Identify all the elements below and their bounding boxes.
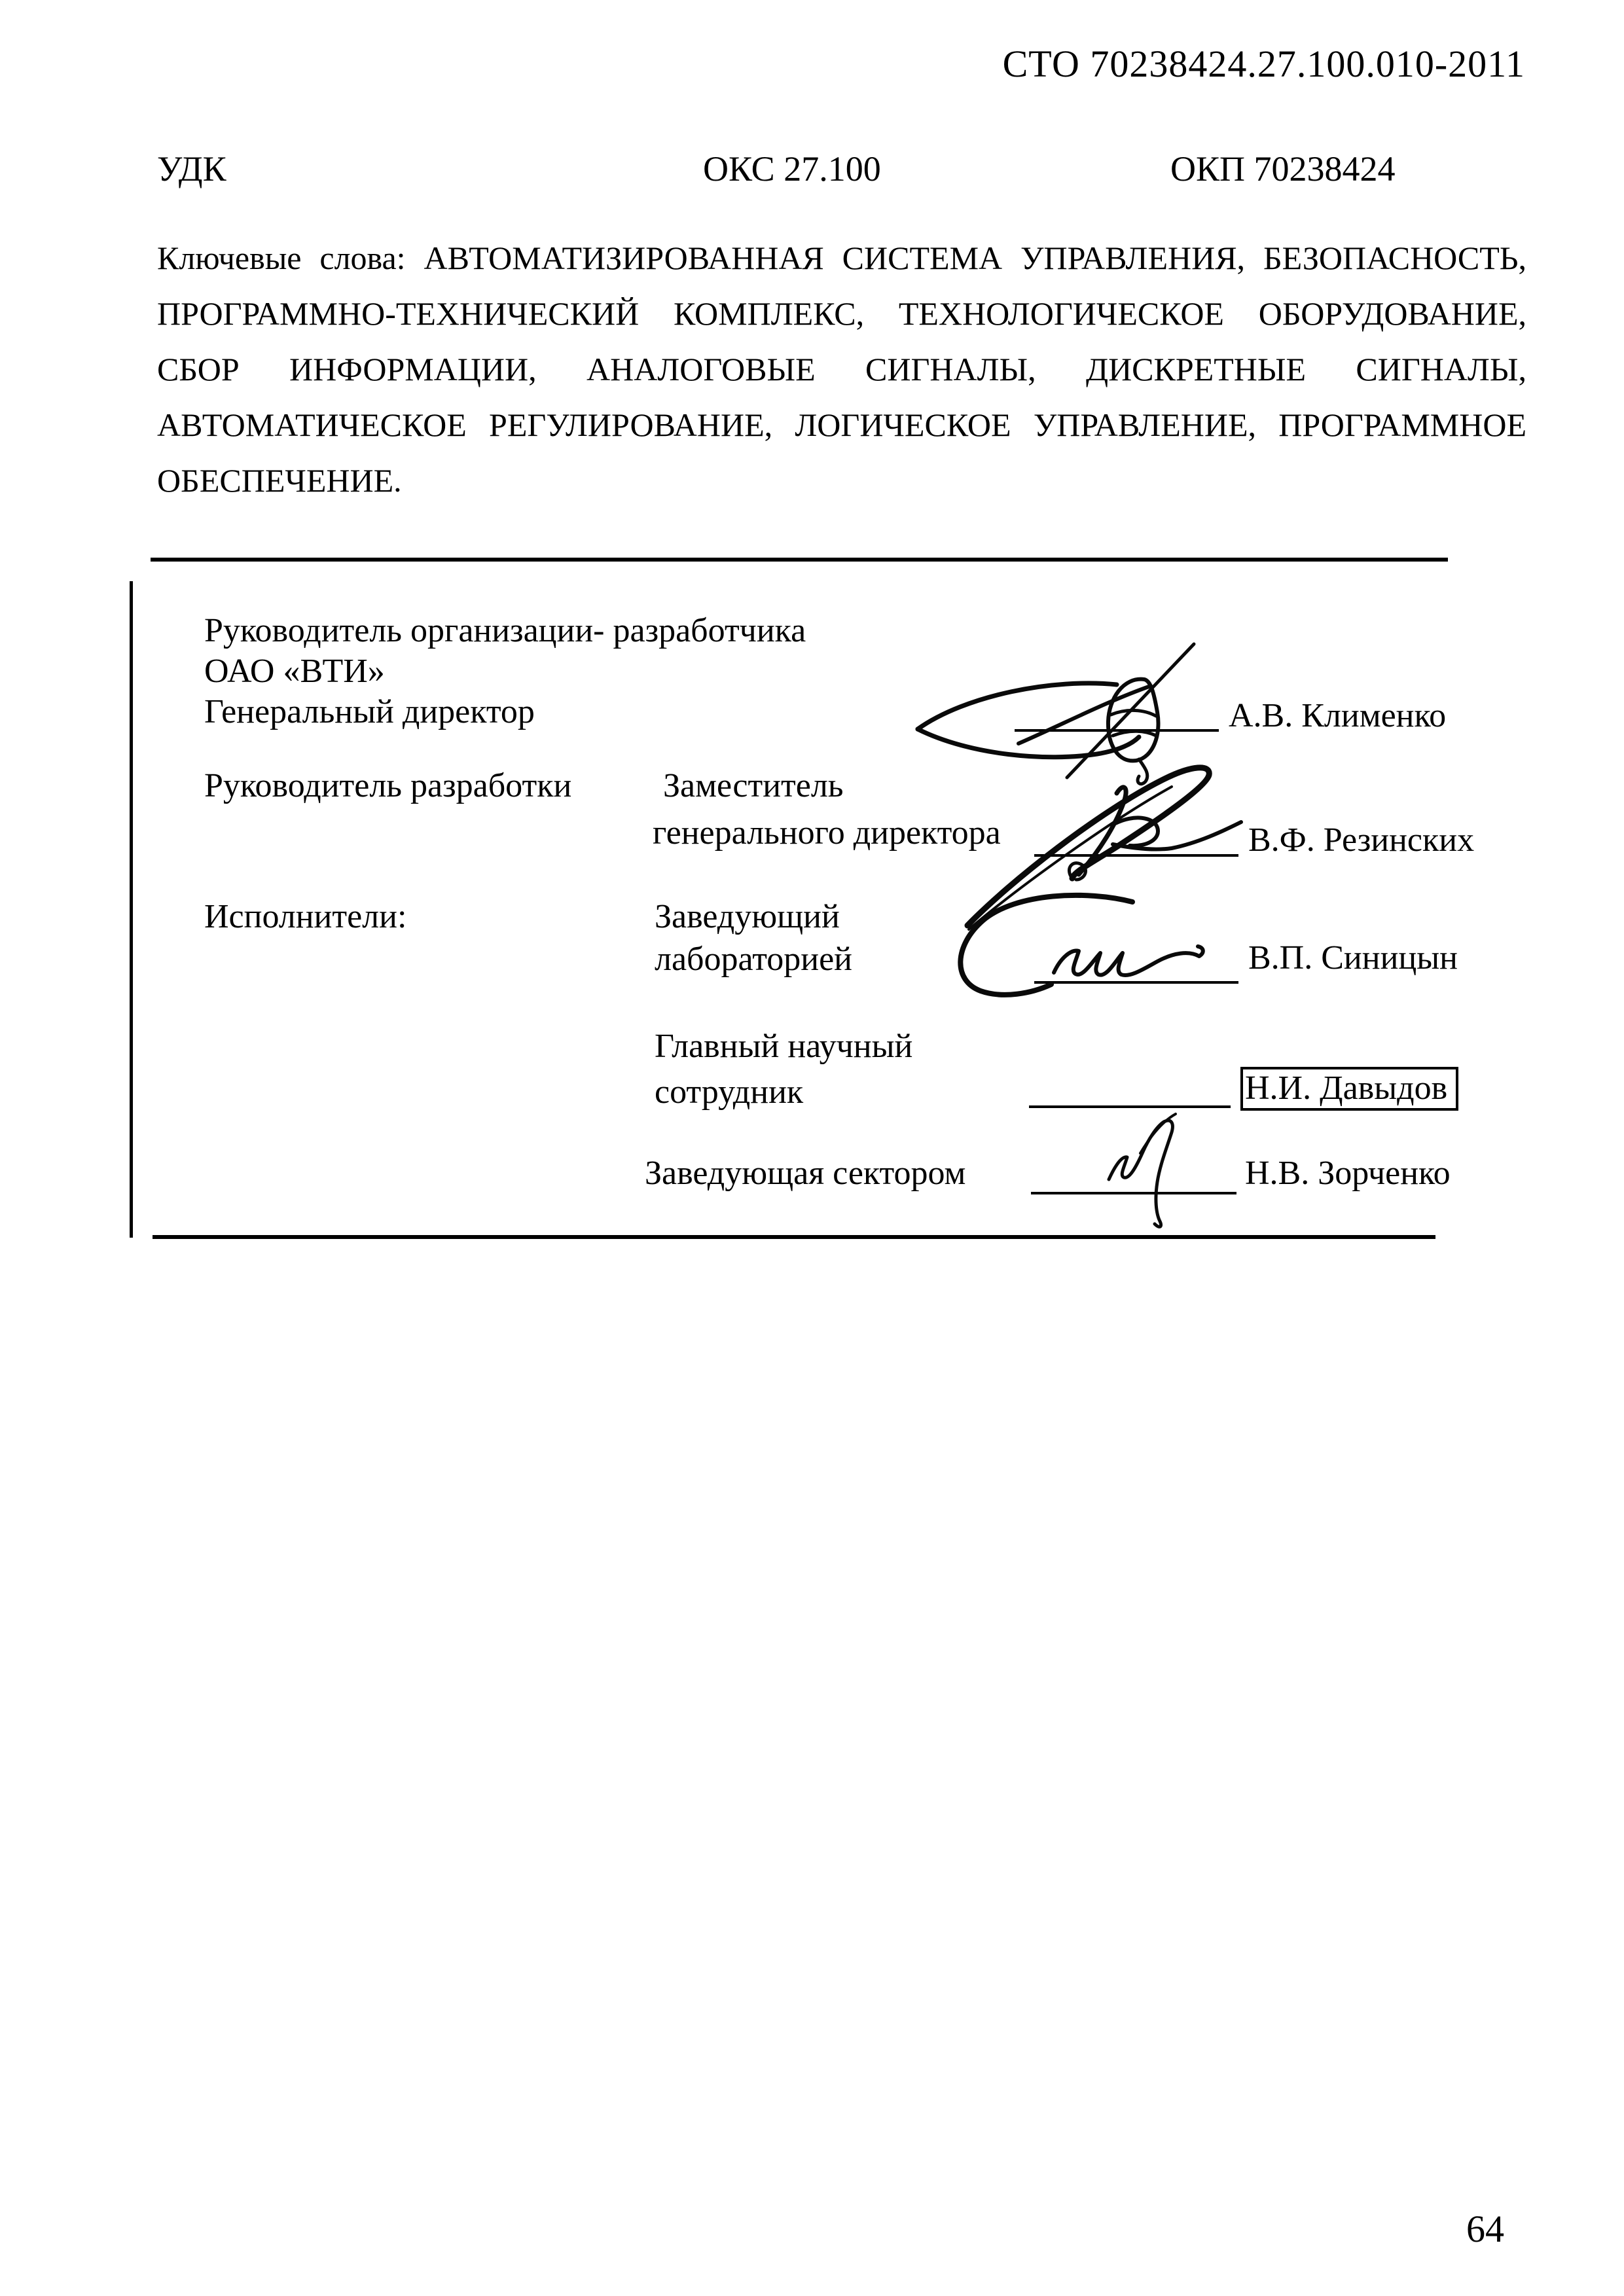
keywords-line: ПРОГРАММНО-ТЕХНИЧЕСКИЙ КОМПЛЕКС, ТЕХНОЛО… — [157, 286, 1526, 342]
signature-klimenko — [918, 644, 1194, 784]
executors-label: Исполнители: — [204, 897, 406, 937]
document-page: СТО 70238424.27.100.010-2011 УДК ОКС 27.… — [0, 0, 1624, 2296]
signature-line-zorchenko — [1031, 1192, 1236, 1194]
signer-name-box-davydov: Н.И. Давыдов — [1240, 1067, 1458, 1111]
keywords-line: АВТОМАТИЧЕСКОЕ РЕГУЛИРОВАНИЕ, ЛОГИЧЕСКОЕ… — [157, 397, 1526, 453]
development-lead-title-line1: Заместитель — [663, 766, 844, 806]
keywords-paragraph: Ключевые слова: АВТОМАТИЗИРОВАННАЯ СИСТЕ… — [157, 230, 1526, 509]
keywords-line: ОБЕСПЕЧЕНИЕ. — [157, 453, 1526, 509]
document-code: СТО 70238424.27.100.010-2011 — [1003, 42, 1525, 86]
signer-name-zorchenko: Н.В. Зорченко — [1245, 1153, 1451, 1194]
chief-scientist-title-line1: Главный научный — [655, 1026, 912, 1067]
signature-line-klimenko — [1015, 729, 1219, 732]
okp-code: ОКП 70238424 — [1170, 149, 1396, 189]
page-number: 64 — [1466, 2207, 1504, 2251]
keywords-line: Ключевые слова: АВТОМАТИЗИРОВАННАЯ СИСТЕ… — [157, 230, 1526, 286]
developer-org-line: ОАО «ВТИ» — [204, 651, 806, 692]
signature-rezinskikh — [967, 768, 1241, 929]
lab-head-title-line2: лабораторией — [655, 939, 852, 980]
signer-name-sinitsyn: В.П. Синицын — [1248, 938, 1458, 978]
signature-line-sinitsyn — [1034, 981, 1238, 984]
development-lead-label: Руководитель разработки — [204, 766, 571, 806]
developer-org-line: Руководитель организации- разработчика — [204, 611, 806, 651]
signer-name-rezinskikh: В.Ф. Резинских — [1248, 820, 1474, 861]
signer-name-klimenko: А.В. Клименко — [1229, 696, 1446, 736]
keywords-line: СБОР ИНФОРМАЦИИ, АНАЛОГОВЫЕ СИГНАЛЫ, ДИС… — [157, 342, 1526, 397]
developer-org-line: Генеральный директор — [204, 692, 806, 732]
lab-head-title-line1: Заведующий — [655, 897, 840, 937]
developer-org-label: Руководитель организации- разработчика О… — [204, 611, 806, 732]
signer-name-davydov: Н.И. Давыдов — [1245, 1069, 1447, 1107]
bottom-divider — [153, 1235, 1435, 1239]
chief-scientist-title-line2: сотрудник — [655, 1072, 803, 1113]
signature-line-rezinskikh — [1034, 854, 1238, 857]
signature-sinitsyn — [960, 895, 1202, 995]
development-lead-title-line2: генерального директора — [653, 813, 1001, 853]
top-divider — [151, 558, 1448, 562]
left-vertical-rule — [130, 581, 133, 1238]
udk-label: УДК — [157, 149, 226, 189]
sector-head-title: Заведующая сектором — [645, 1153, 965, 1194]
oks-code: ОКС 27.100 — [703, 149, 881, 189]
signature-line-davydov — [1029, 1105, 1231, 1108]
signature-zorchenko — [1109, 1114, 1176, 1227]
